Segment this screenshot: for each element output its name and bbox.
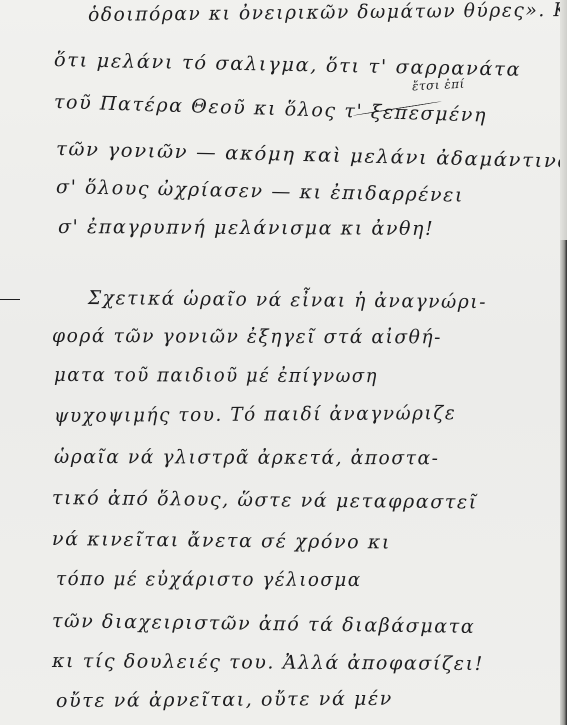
manuscript-line: οὔτε νά ἀρνεῖται, οὔτε νά μέν	[56, 688, 393, 712]
manuscript-line: τῶν γονιῶν — ακόμη καὶ μελάνι ἀδαμάντινα	[56, 138, 567, 173]
manuscript-line: ὁδοιπόραν κι ὀνειρικῶν δωμάτων θύρες». Κ…	[88, 0, 567, 26]
manuscript-line: Σχετικά ὡραῖο νά εἶναι ἡ ἀναγνώρι-	[88, 287, 487, 313]
manuscript-line: ὅτι μελάνι τό σαλιγμα, ὅτι τ' σαρρανάτα	[54, 49, 522, 81]
manuscript-line: σ' ὅλους ὠχρίασεν — κι ἐπιδαρρένει	[56, 176, 464, 207]
manuscript-line: τικό ἀπό ὅλους, ὥστε νά μεταφραστεῖ	[52, 487, 478, 513]
manuscript-line: τόπο μέ εὐχάριστο γέλιοσμα	[56, 568, 362, 591]
manuscript-line: τοῦ Πατέρα Θεοῦ κι ὅλος τ' ξεπεσμένη	[54, 91, 488, 127]
manuscript-line: σ' ἐπαγρυπνή μελάνισμα κι ἀνθη!	[58, 216, 434, 240]
page-edge-upper	[560, 0, 567, 240]
interlinear-insertion: ἔτσι ἐπί	[412, 77, 465, 94]
manuscript-line: νά κινεῖται ἄνετα σέ χρόνο κι	[52, 528, 391, 554]
manuscript-line: ψυχοψιμής του. Τό παιδί ἀναγνώριζε	[54, 402, 456, 427]
manuscript-line: φορά τῶν γονιῶν ἐξηγεῖ στά αἰσθή-	[52, 325, 442, 348]
manuscript-line: τῶν διαχειριστῶν ἀπό τά διαβάσματα	[52, 610, 476, 638]
margin-dash-mark	[0, 299, 20, 300]
manuscript-page: ὁδοιπόραν κι ὀνειρικῶν δωμάτων θύρες». Κ…	[0, 0, 560, 725]
manuscript-line: ὡραῖα νά γλιστρᾶ ἀρκετά, ἀποστα-	[54, 446, 440, 469]
page-edge-shadow	[560, 0, 567, 725]
manuscript-line: ματα τοῦ παιδιοῦ μέ ἐπίγνωση	[54, 364, 378, 387]
manuscript-line: κι τίς δουλειές του. Ἀλλά ἀποφασίζει!	[52, 650, 484, 675]
